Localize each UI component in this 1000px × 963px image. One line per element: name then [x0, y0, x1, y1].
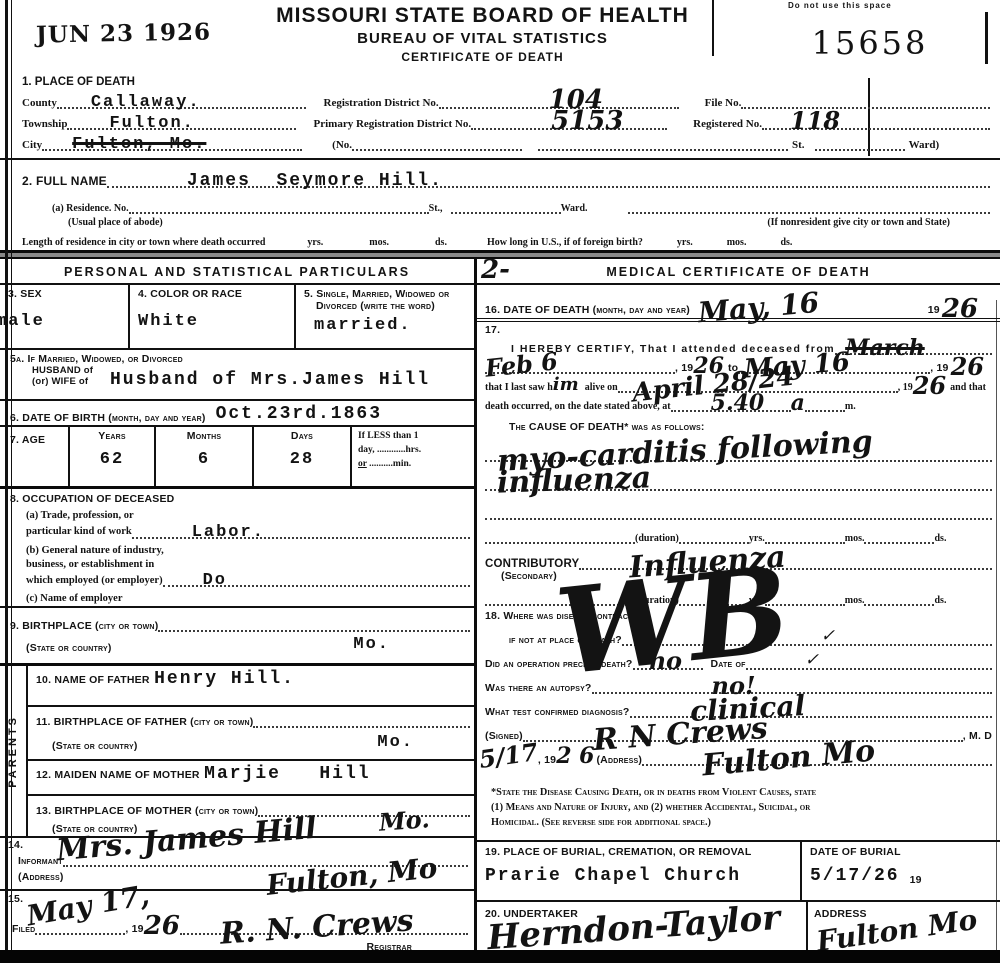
undertaker-row: 20. UNDERTAKER Herndon-Taylor ADDRESS Fu… [477, 902, 1000, 955]
ampm-value: a [791, 390, 805, 416]
days-cell: Days 28 [254, 427, 352, 486]
parents-rows: 10. NAME OF FATHER Henry Hill. 11. BIRTH… [28, 666, 474, 836]
lastsaw-year: 26 [913, 371, 946, 400]
medical-column: 2- MEDICAL CERTIFICATE OF DEATH 16. DATE… [477, 259, 1000, 955]
length-yrs: yrs. [307, 237, 323, 248]
registrar-line: R. N. Crews [180, 910, 468, 935]
father-bp-label: 11. BIRTHPLACE OF FATHER (city or town) [36, 716, 253, 728]
city-line: Fulton, Mo. [42, 135, 302, 151]
sex-label: 3. SEX [8, 288, 124, 300]
father-bp-line [253, 718, 470, 728]
space-note: Do not use this space [788, 1, 892, 10]
burial-19: 19 [910, 874, 922, 886]
residence-label: (a) Residence. No. [52, 203, 129, 214]
less-than-day-cell: If LESS than 1 day, ............hrs. or … [352, 427, 474, 486]
undertaker-address-cell: ADDRESS Fulton Mo [808, 902, 1000, 955]
township-row: Township Fulton. Primary Registration Di… [22, 109, 1000, 130]
less-min: ..........min. [367, 459, 411, 469]
lastsaw-label-2: alive on [585, 382, 618, 393]
file-no-label: File No. [705, 97, 742, 109]
residence-ward-line [451, 204, 561, 214]
registered-no-line: 118 [762, 106, 990, 130]
fullname-label: 2. FULL NAME [22, 174, 107, 188]
ifnot-check: ✓ [819, 626, 839, 646]
township-label: Township [22, 118, 67, 130]
father-value: Henry Hill. [154, 669, 295, 689]
form-header: JUN 23 1926 MISSOURI STATE BOARD OF HEAL… [0, 0, 1000, 76]
received-date-stamp: JUN 23 1926 [36, 18, 211, 48]
county-label: County [22, 97, 57, 109]
fullname-line: James Seymore Hill. [107, 171, 990, 188]
filed-year: 26 [144, 911, 180, 941]
lastsaw-19: , 19 [898, 382, 913, 393]
occ-a-label-2: particular kind of work [26, 525, 132, 539]
parents-label: PARENTS [7, 715, 19, 788]
occupation-label: 8. OCCUPATION OF DECEASED [10, 493, 470, 505]
birthplace-label: 9. BIRTHPLACE (city or town) [10, 620, 158, 632]
header-right-divider [985, 12, 988, 64]
informant-address-label: (Address) [18, 871, 64, 883]
less-line-2: day, ............hrs. [358, 444, 472, 458]
date-of-death-row: 16. DATE OF DEATH (month, day and year) … [477, 285, 1000, 322]
birthplace-value: Mo. [353, 635, 390, 654]
days-value: 28 [254, 450, 350, 469]
months-label: Months [156, 430, 252, 442]
father-label: 10. NAME OF FATHER [36, 674, 150, 686]
length-row: Length of residence in city or town wher… [22, 228, 990, 248]
county-value: Callaway. [91, 93, 201, 112]
city-row: City Fulton, Mo. (No. St. Ward) [22, 130, 1000, 151]
occ-b-label-1: (b) General nature of industry, [26, 544, 470, 558]
mother-name-row: 12. MAIDEN NAME OF MOTHER Marjie Hill [28, 761, 474, 796]
filed-section: 15. May 17, Filed , 19 26 R. N. Crews Re… [0, 891, 474, 955]
street-no-label: (No. [332, 139, 352, 151]
occ-b-line: Do [163, 571, 470, 587]
years-cell: Years 62 [70, 427, 156, 486]
father-birthplace-row: 11. BIRTHPLACE OF FATHER (city or town) … [28, 707, 474, 761]
primary-district-line: 5153 [471, 106, 667, 130]
sign-year: 2 6 [556, 743, 594, 769]
cause-line-3 [485, 491, 992, 520]
cause-of-death-section: The CAUSE OF DEATH* was as follows: myo-… [477, 421, 1000, 544]
section-full-name: 2. FULL NAME James Seymore Hill. (a) Res… [0, 160, 1000, 250]
residence-row: (a) Residence. No. St., Ward. [22, 188, 990, 214]
township-value: Fulton. [109, 114, 194, 133]
dob-value: Oct.23rd.1863 [216, 404, 382, 424]
occ-a-line: Labor. [132, 523, 470, 539]
race-value: White [138, 312, 290, 331]
birthplace-state-label: (State or country) [26, 642, 112, 654]
father-bp-value: Mo. [377, 733, 414, 752]
big-overwrite-scrawl: WB [551, 550, 794, 692]
days-label: Days [254, 430, 350, 442]
contrib-ds-line [864, 596, 934, 606]
street-line [538, 141, 788, 151]
occupation-section: 8. OCCUPATION OF DECEASED (a) Trade, pro… [0, 489, 474, 608]
occupation-b: (b) General nature of industry, business… [26, 544, 470, 587]
length-mos: mos. [369, 237, 389, 248]
certificate-title: CERTIFICATE OF DEATH [255, 50, 710, 64]
board-title: MISSOURI STATE BOARD OF HEALTH [255, 4, 710, 28]
father-bp-state-label: (State or country) [52, 740, 138, 752]
lastsaw-label-1: that I last saw h [485, 382, 553, 393]
registered-no-value: 118 [790, 106, 840, 135]
form-columns: PERSONAL AND STATISTICAL PARTICULARS 3. … [0, 259, 1000, 955]
footnote-line-3: Homicidal. (See reverse side for additio… [491, 816, 990, 831]
fullname-row: 2. FULL NAME James Seymore Hill. [22, 162, 990, 188]
city-value: Fulton, Mo. [72, 135, 206, 154]
st-label: St. [792, 139, 805, 151]
occ-b-label-2: business, or establishment in [26, 558, 470, 572]
age-row: 7. AGE Years 62 Months 6 Days 28 If LESS… [0, 427, 474, 489]
residence-extra-line [628, 204, 990, 214]
occ-a-label-1: (a) Trade, profession, or [26, 509, 470, 523]
lastsaw-hand: im [553, 374, 579, 395]
sign-address-line: Fulton Mo [642, 741, 992, 766]
howlong-mos: mos. [727, 237, 747, 248]
howlong-label: How long in U.S., if of foreign birth? [487, 237, 643, 248]
filed-19: , 19 [125, 923, 143, 935]
street-no-line [352, 141, 522, 151]
dod-year: 26 [942, 294, 978, 324]
sex-cell: 3. SEX male [0, 285, 130, 348]
residence-st-label: St., [429, 203, 443, 214]
burial-label: 19. PLACE OF BURIAL, CREMATION, OR REMOV… [485, 846, 796, 858]
county-line: Callaway. [57, 93, 306, 109]
occ-a-value: Labor. [192, 523, 265, 542]
sex-value: male [0, 312, 124, 331]
dateof-check: ✓ [803, 650, 823, 670]
ward-label: Ward) [909, 139, 940, 151]
howlong-yrs: yrs. [677, 237, 693, 248]
title-block: MISSOURI STATE BOARD OF HEALTH BUREAU OF… [255, 4, 710, 64]
nonresident-note: (If nonresident give city or town and St… [767, 217, 950, 228]
mother-label: 12. MAIDEN NAME OF MOTHER [36, 769, 200, 781]
marital-label-1: 5. Single, Married, Widowed or [304, 288, 470, 300]
death-certificate-scan: JUN 23 1926 MISSOURI STATE BOARD OF HEAL… [0, 0, 1000, 963]
mother-bp-label: 13. BIRTHPLACE OF MOTHER (city or town) [36, 805, 258, 817]
occ-b-label-3: which employed (or employer) [26, 574, 163, 588]
informant-label: Informant [18, 855, 63, 867]
marital-cell: 5. Single, Married, Widowed or Divorced … [296, 285, 474, 348]
informant-section: 14. Informant Mrs. James Hill (Address) … [0, 838, 474, 891]
sign-date: 5/17 [477, 737, 539, 774]
mother-bp-value: Mo. [379, 804, 431, 836]
time-value: 5.40 [711, 390, 765, 416]
duration-label: (duration) [635, 533, 679, 544]
occ-c-label: (c) Name of employer [26, 592, 470, 606]
lastsaw-label-3: and that [950, 382, 986, 393]
medical-title: MEDICAL CERTIFICATE OF DEATH [477, 259, 1000, 285]
months-cell: Months 6 [156, 427, 254, 486]
less-line-3: or ..........min. [358, 458, 472, 472]
residence-no-line [129, 204, 429, 214]
duration-ds: ds. [934, 533, 946, 544]
burial-place-cell: 19. PLACE OF BURIAL, CREMATION, OR REMOV… [477, 842, 802, 900]
howlong-ds: ds. [780, 237, 792, 248]
residence-ward-label: Ward. [561, 203, 588, 214]
age-label: 7. AGE [10, 434, 45, 446]
father-name-row: 10. NAME OF FATHER Henry Hill. [28, 666, 474, 707]
ward-line [815, 141, 905, 151]
months-value: 6 [156, 450, 252, 469]
cause-line-2: influenza [485, 462, 992, 491]
race-cell: 4. COLOR OR RACE White [130, 285, 296, 348]
duration-mos: mos. [845, 533, 865, 544]
contrib-ds: ds. [934, 595, 946, 606]
spouse-value: Husband of Mrs.James Hill [110, 370, 430, 390]
registered-no-label: Registered No. [693, 118, 762, 130]
occ-b-value: Do [203, 571, 227, 590]
spouse-label-1: 5a. If Married, Widowed, or Divorced [10, 353, 474, 365]
birthplace-line [158, 622, 470, 632]
sex-race-marital-row: 3. SEX male 4. COLOR OR RACE White 5. Si… [0, 285, 474, 350]
m-label: m. [845, 401, 856, 412]
personal-column: PERSONAL AND STATISTICAL PARTICULARS 3. … [0, 259, 477, 955]
test-line: clinical [630, 692, 992, 718]
footnote-line-1: *State the Disease Causing Death, or in … [491, 786, 990, 801]
birthplace-section: 9. BIRTHPLACE (city or town) (State or c… [0, 608, 474, 667]
years-label: Years [70, 430, 154, 442]
dod-19: 19 [928, 304, 940, 316]
to-year: 26 [951, 352, 984, 381]
contrib-mos: mos. [845, 595, 865, 606]
city-label: City [22, 139, 42, 151]
dob-label: 6. DATE OF BIRTH (month, day and year) [10, 412, 206, 424]
section-place-of-death: 1. PLACE OF DEATH County Callaway. Regis… [0, 76, 1000, 158]
marital-value: married. [314, 316, 470, 335]
occupation-a: (a) Trade, profession, or particular kin… [26, 509, 470, 539]
spouse-section: 5a. If Married, Widowed, or Divorced HUS… [0, 350, 474, 401]
parents-section: PARENTS 10. NAME OF FATHER Henry Hill. 1… [0, 666, 474, 838]
personal-title: PERSONAL AND STATISTICAL PARTICULARS [0, 259, 474, 285]
certificate-number: 15658 [770, 24, 970, 62]
reg-district-label: Registration District No. [324, 97, 439, 109]
dod-label: 16. DATE OF DEATH (month, day and year) [485, 304, 690, 316]
township-line: Fulton. [67, 114, 295, 130]
less-line-1: If LESS than 1 [358, 430, 472, 444]
duration-ds-line [864, 534, 934, 544]
footnote: *State the Disease Causing Death, or in … [477, 782, 1000, 842]
burial-date-label: DATE OF BURIAL [810, 846, 996, 858]
cause-line-1: myo-carditis following [485, 433, 992, 462]
length-label: Length of residence in city or town wher… [22, 237, 265, 248]
bureau-title: BUREAU OF VITAL STATISTICS [255, 30, 710, 47]
dob-row: 6. DATE OF BIRTH (month, day and year) O… [0, 401, 474, 428]
sign-19: , 19 [538, 754, 556, 766]
fullname-value: James Seymore Hill. [187, 171, 443, 191]
burial-date-value: 5/17/26 [810, 866, 900, 886]
footnote-line-2: (1) Means and Nature of Injury, and (2) … [491, 801, 990, 816]
mother-value: Marjie Hill [204, 764, 370, 784]
abode-note: (Usual place of abode) [68, 217, 163, 228]
burial-value: Prarie Chapel Church [485, 866, 796, 886]
undertaker-cell: 20. UNDERTAKER Herndon-Taylor [477, 902, 808, 955]
marital-label-2: Divorced (write the word) [316, 300, 470, 312]
cause-duration-row: (duration) yrs. mos. ds. [485, 520, 992, 544]
section-18: WB 18. Where was disease contracted if n… [477, 608, 1000, 782]
burial-date-cell: DATE OF BURIAL 5/17/26 19 [802, 842, 1000, 900]
burial-row: 19. PLACE OF BURIAL, CREMATION, OR REMOV… [477, 842, 1000, 902]
primary-district-label: Primary Registration District No. [314, 118, 472, 130]
time-line: 5.40 [671, 390, 791, 412]
header-divider [712, 0, 714, 56]
less-or: or [358, 459, 367, 469]
margin-scrawl: 2- [481, 255, 510, 285]
certify-section: 17. I HEREBY CERTIFY, That I attended de… [477, 322, 1000, 421]
abode-row: (Usual place of abode) (If nonresident g… [22, 214, 990, 228]
ampm-line [805, 402, 845, 412]
years-value: 62 [70, 450, 154, 469]
race-label: 4. COLOR OR RACE [138, 288, 290, 300]
primary-district-value: 5153 [551, 106, 623, 136]
length-ds: ds. [435, 237, 447, 248]
signed-line: R N Crews [523, 717, 963, 742]
duration-lead-line [485, 534, 635, 544]
sign-address-value: Fulton Mo [701, 734, 877, 784]
